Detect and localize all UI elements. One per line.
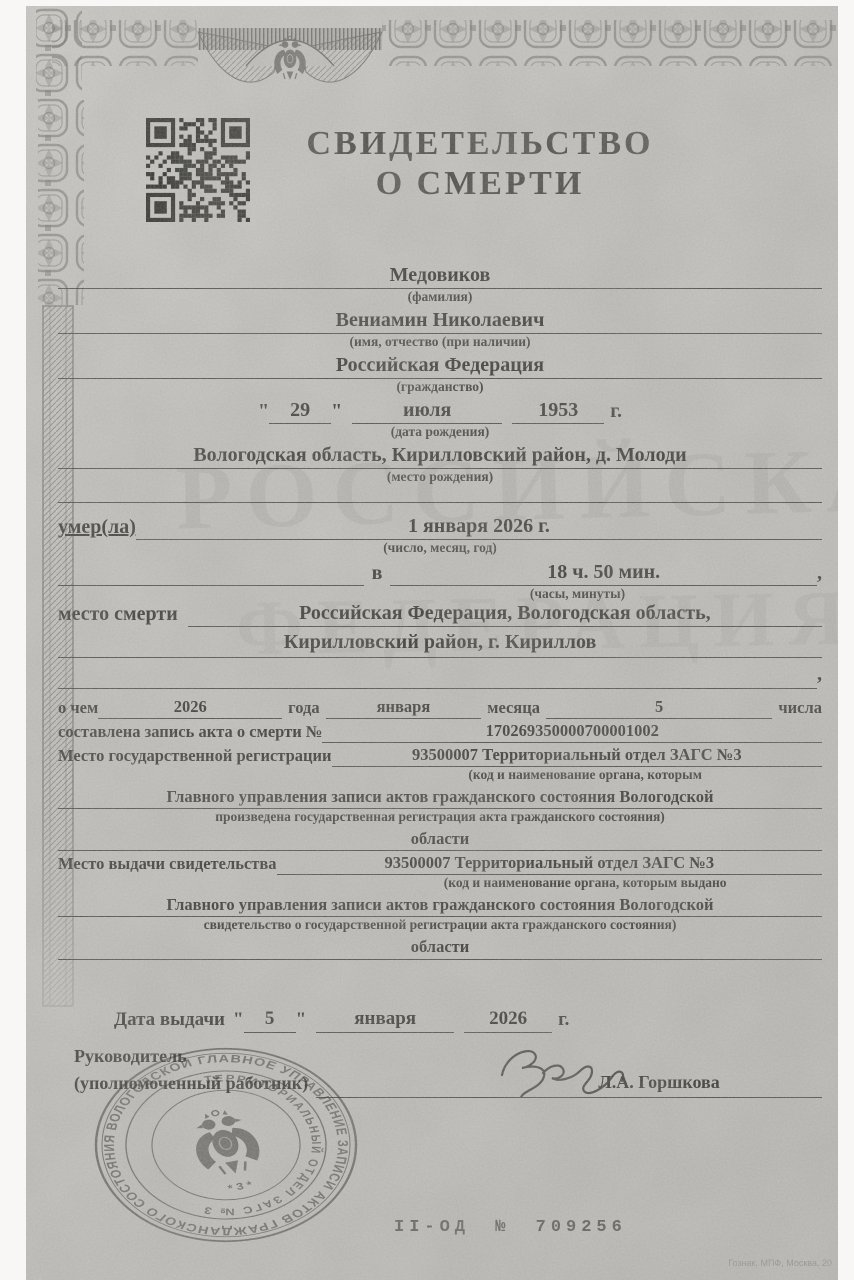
surname-caption: (фамилия) <box>58 289 822 307</box>
death-time-row: в 18 ч. 50 мин. , <box>58 559 822 586</box>
issue-date-row: Дата выдачи " 5 " января 2026 г. <box>58 1006 822 1033</box>
empty-line <box>58 487 822 503</box>
death-place-label: место смерти <box>58 601 188 627</box>
registration-caption: (код и наименование органа, которым <box>58 767 822 785</box>
seal-eagle-icon <box>184 1105 266 1179</box>
birth-day: 29 <box>269 397 331 424</box>
issue-place-line3: области <box>58 935 822 960</box>
issue-year-suffix: г. <box>558 1007 569 1033</box>
goda-label: года <box>282 696 325 719</box>
registration-value: 93500007 Территориальный отдел ЗАГС №3 <box>332 743 822 767</box>
quote-close: " <box>331 398 342 424</box>
act-day: 5 <box>546 695 772 719</box>
in-label: в <box>364 560 391 586</box>
issue-place-caption2: свидетельство о государственной регистра… <box>58 917 822 935</box>
empty-segment <box>58 658 817 689</box>
issue-year: 2026 <box>464 1006 552 1033</box>
citizenship-caption: (гражданство) <box>58 379 822 397</box>
o-chem-label: о чем <box>58 696 98 719</box>
registration-line2: Главного управления записи актов граждан… <box>58 785 822 809</box>
photo-of-death-certificate: { "title": { "line1": "СВИДЕТЕЛЬСТВО", "… <box>0 0 854 1280</box>
issue-place-line2: Главного управления записи актов граждан… <box>58 893 822 917</box>
certificate-title: СВИДЕТЕЛЬСТВО О СМЕРТИ <box>250 124 710 204</box>
given-names-value: Вениамин Николаевич <box>58 307 822 334</box>
given-names-caption: (имя, отчество (при наличии) <box>58 334 822 352</box>
title-line2: О СМЕРТИ <box>250 164 710 204</box>
record-label: составлена запись акта о смерти № <box>58 720 322 743</box>
series-number: II-ОД № 709256 <box>394 1218 627 1237</box>
act-date-row: о чем 2026 года января месяца 5 числа <box>58 695 822 719</box>
signature <box>488 1041 648 1097</box>
empty-segment <box>58 559 364 586</box>
citizenship-value: Российская Федерация <box>58 352 822 379</box>
trailing-comma: , <box>817 659 822 689</box>
svg-text:* 3 *: * 3 * <box>227 1180 255 1194</box>
issue-day: 5 <box>244 1006 296 1033</box>
birth-date-row: " 29 " июля 1953 г. <box>58 397 822 424</box>
birth-year: 1953 <box>512 397 604 424</box>
issue-month: января <box>316 1006 454 1033</box>
birth-place-value: Вологодская область, Кирилловский район,… <box>58 442 822 469</box>
issue-date-label: Дата выдачи <box>114 1007 233 1033</box>
registration-line3: области <box>58 827 822 851</box>
issue-place-row: Место выдачи свидетельства 93500007 Терр… <box>58 851 822 875</box>
registration-label: Место государственной регистрации <box>58 744 332 767</box>
registration-caption2: произведена государственная регистрация … <box>58 809 822 827</box>
quote-open: " <box>233 1007 244 1033</box>
death-date-value: 1 января 2026 г. <box>136 513 822 540</box>
died-label: умер(ла) <box>58 514 136 540</box>
death-place-line1: Российская Федерация, Вологодская област… <box>188 600 822 627</box>
birth-month: июля <box>352 397 502 424</box>
act-record-row: составлена запись акта о смерти № 170269… <box>58 719 822 743</box>
issue-place-value: 93500007 Территориальный отдел ЗАГС №3 <box>277 851 822 875</box>
birth-year-suffix: г. <box>610 398 622 424</box>
surname-value: Медовиков <box>58 262 822 289</box>
certificate-paper: РОССИЙСКАЯ ФЕДЕРАЦИЯ <box>26 6 838 1280</box>
empty-comma-row: , <box>58 658 822 689</box>
signature-line: Л.А. Горшкова <box>316 1067 822 1098</box>
death-date-caption: (число, месяц, год) <box>58 540 822 558</box>
certificate-form: Медовиков (фамилия) Вениамин Николаевич … <box>58 262 822 1098</box>
printer-note: Гознак, МПФ, Москва, 20 <box>728 1258 832 1268</box>
chisla-label: числа <box>772 696 822 719</box>
trailing-comma: , <box>817 560 822 586</box>
quote-close: " <box>296 1007 307 1033</box>
birth-place-caption: (место рождения) <box>58 469 822 487</box>
title-line1: СВИДЕТЕЛЬСТВО <box>250 124 710 164</box>
death-date-row: умер(ла) 1 января 2026 г. <box>58 513 822 540</box>
mesyatsa-label: месяца <box>481 696 546 719</box>
record-number: 170269350000700001002 <box>322 719 822 743</box>
quote-open: " <box>258 398 269 424</box>
birth-date-caption: (дата рождения) <box>58 424 822 442</box>
act-month: января <box>326 695 482 719</box>
official-seal: ГЛАВНОЕ УПРАВЛЕНИЕ ЗАПИСИ АКТОВ ГРАЖДАНС… <box>84 1042 368 1248</box>
issue-place-caption: (код и наименование органа, которым выда… <box>58 875 822 893</box>
death-time-value: 18 ч. 50 мин. <box>390 559 817 586</box>
death-place-row: место смерти Российская Федерация, Волог… <box>58 600 822 627</box>
registration-place-row: Место государственной регистрации 935000… <box>58 743 822 767</box>
death-place-line2: Кирилловский район, г. Кириллов <box>58 627 822 658</box>
act-year: 2026 <box>98 695 282 719</box>
issue-place-label: Место выдачи свидетельства <box>58 852 277 875</box>
qr-code <box>146 118 250 222</box>
